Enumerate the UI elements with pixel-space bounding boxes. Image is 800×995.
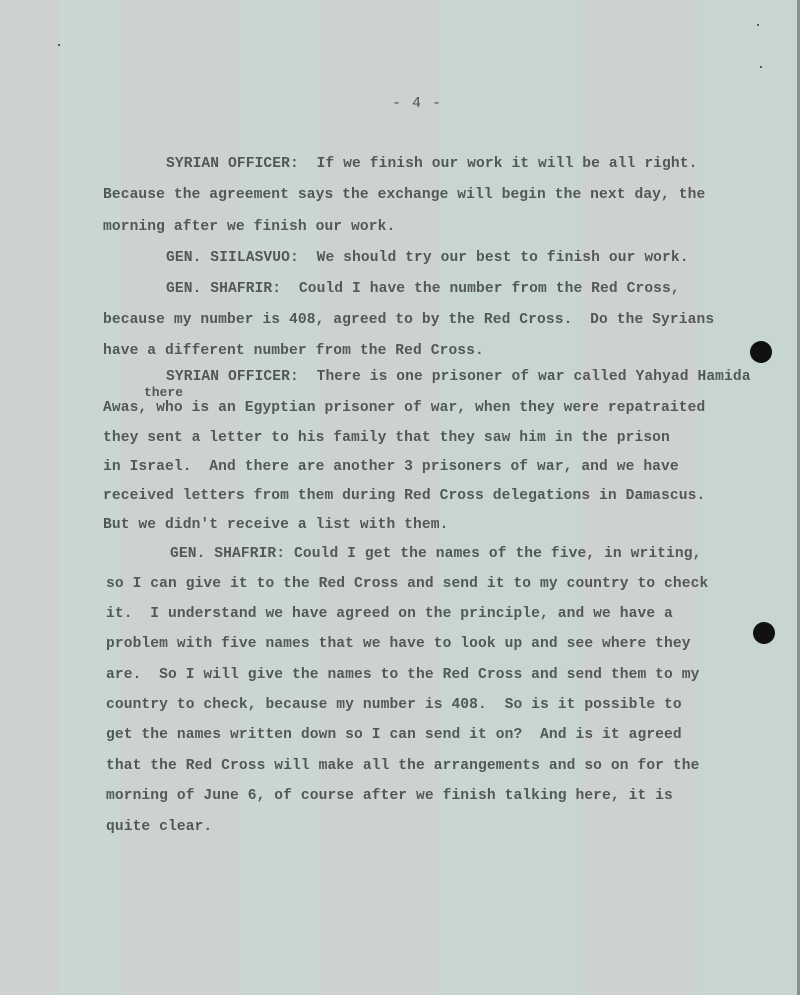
text-line: Awas, who is an Egyptian prisoner of war…: [103, 400, 705, 416]
text-line: Because the agreement says the exchange …: [103, 187, 705, 203]
text-line: so I can give it to the Red Cross and se…: [106, 576, 708, 592]
text-line: SYRIAN OFFICER: If we finish our work it…: [166, 156, 697, 172]
hole-punch: [750, 341, 772, 363]
text-line: in Israel. And there are another 3 priso…: [103, 459, 679, 475]
text-line: get the names written down so I can send…: [106, 727, 682, 743]
text-line: problem with five names that we have to …: [106, 636, 691, 652]
text-line: received letters from them during Red Cr…: [103, 488, 705, 504]
hole-punch: [753, 622, 775, 644]
text-line: GEN. SHAFRIR: Could I have the number fr…: [166, 281, 680, 297]
text-line: they sent a letter to his family that th…: [103, 430, 670, 446]
text-line: morning after we finish our work.: [103, 219, 395, 235]
page-number: - 4 -: [392, 95, 442, 112]
text-line: quite clear.: [106, 819, 212, 835]
paper-speck: [757, 24, 759, 26]
text-line: morning of June 6, of course after we fi…: [106, 788, 673, 804]
text-line: because my number is 408, agreed to by t…: [103, 312, 714, 328]
handwritten-insert: there: [144, 385, 183, 400]
text-line: But we didn't receive a list with them.: [103, 517, 448, 533]
text-line: that the Red Cross will make all the arr…: [106, 758, 699, 774]
text-line: country to check, because my number is 4…: [106, 697, 682, 713]
text-line: it. I understand we have agreed on the p…: [106, 606, 673, 622]
paper-speck: [58, 44, 60, 46]
paper-speck: [760, 66, 762, 68]
text-line: have a different number from the Red Cro…: [103, 343, 484, 359]
text-line: are. So I will give the names to the Red…: [106, 667, 699, 683]
text-line: GEN. SHAFRIR: Could I get the names of t…: [170, 546, 701, 562]
document-page: - 4 - SYRIAN OFFICER: If we finish our w…: [0, 0, 800, 995]
text-line: GEN. SIILASVUO: We should try our best t…: [166, 250, 689, 266]
text-line: SYRIAN OFFICER: There is one prisoner of…: [166, 369, 751, 385]
